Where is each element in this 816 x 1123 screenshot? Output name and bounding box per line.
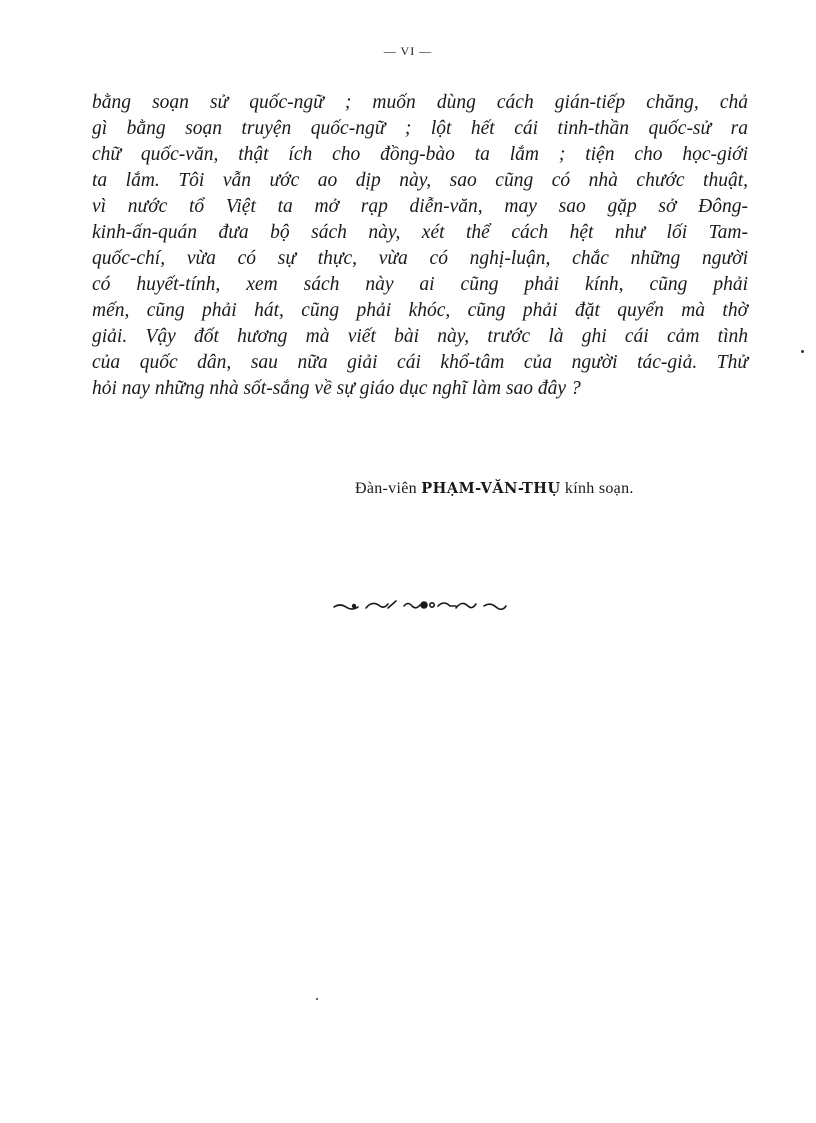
text-line: giải. Vậy đốt hương mà viết bài này, trư… [92, 324, 748, 350]
body-paragraph: bằng soạn sử quốc-ngữ ; muốn dùng cách g… [92, 90, 748, 402]
text-line: kinh-ấn-quán đưa bộ sách này, xét thể cá… [92, 220, 748, 246]
text-line: mến, cũng phải hát, cũng phải khóc, cũng… [92, 298, 748, 324]
signature-suffix: kính soạn. [561, 480, 634, 497]
signature-prefix: Đàn-viên [355, 480, 421, 497]
text-line: gì bằng soạn truyện quốc-ngữ ; lột hết c… [92, 116, 748, 142]
text-line: quốc-chí, vừa có sự thực, vừa có nghị-lu… [92, 246, 748, 272]
text-line: của quốc dân, sau nữa giải cái khổ-tâm c… [92, 350, 748, 376]
text-line: ta lắm. Tôi vẫn ước ao dịp này, sao cũng… [92, 168, 748, 194]
signature-line: Đàn-viên PHẠM-VĂN-THỤ kính soạn. [355, 480, 634, 498]
decorative-flourish-icon [330, 596, 510, 614]
page-number: — VI — [0, 44, 816, 59]
text-line: vì nước tổ Việt ta mở rạp diễn-văn, may … [92, 194, 748, 220]
author-name: PHẠM-VĂN-THỤ [421, 480, 560, 497]
scan-speck [316, 998, 318, 1000]
text-line: chữ quốc-văn, thật ích cho đồng-bào ta l… [92, 142, 748, 168]
text-line: bằng soạn sử quốc-ngữ ; muốn dùng cách g… [92, 90, 748, 116]
text-line: hỏi nay những nhà sốt-sắng về sự giáo dụ… [92, 376, 748, 402]
scan-speck [801, 350, 804, 353]
text-line: có huyết-tính, xem sách này ai cũng phải… [92, 272, 748, 298]
